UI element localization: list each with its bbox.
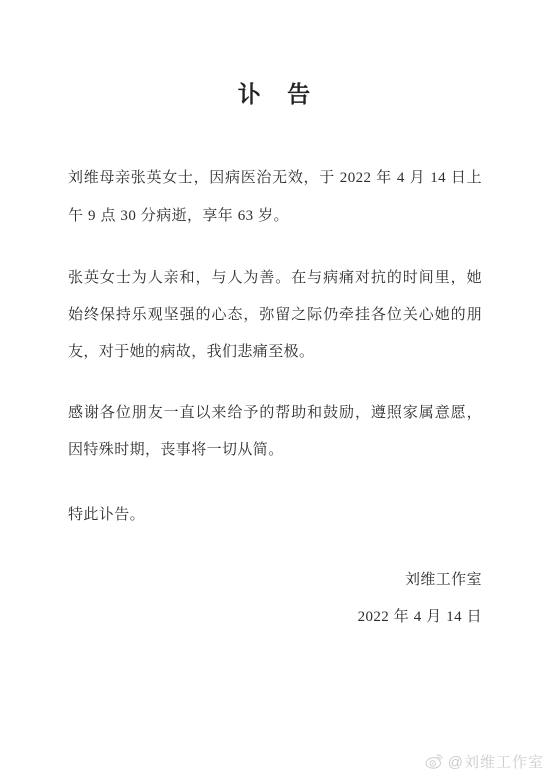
body-paragraph-2: 张英女士为人亲和，与人为善。在与病痛对抗的时间里，她始终保持乐观坚强的心态，弥留… bbox=[68, 259, 482, 370]
date-line: 2022 年 4 月 14 日 bbox=[68, 598, 482, 636]
watermark: @刘维工作室 bbox=[424, 751, 544, 772]
watermark-text: @刘维工作室 bbox=[448, 751, 544, 772]
signature: 刘维工作室 bbox=[68, 561, 482, 598]
obituary-document: 讣 告 刘维母亲张英女士，因病医治无效，于 2022 年 4 月 14 日上午 … bbox=[0, 0, 550, 636]
document-title: 讣 告 bbox=[68, 0, 482, 109]
body-paragraph-1: 刘维母亲张英女士，因病医治无效，于 2022 年 4 月 14 日上午 9 点 … bbox=[68, 159, 482, 235]
weibo-icon bbox=[424, 751, 445, 772]
closing-line: 特此讣告。 bbox=[68, 496, 482, 533]
signature-block: 刘维工作室 2022 年 4 月 14 日 bbox=[68, 561, 482, 636]
body-paragraph-3: 感谢各位朋友一直以来给予的帮助和鼓励，遵照家属意愿，因特殊时期，丧事将一切从简。 bbox=[68, 394, 482, 468]
